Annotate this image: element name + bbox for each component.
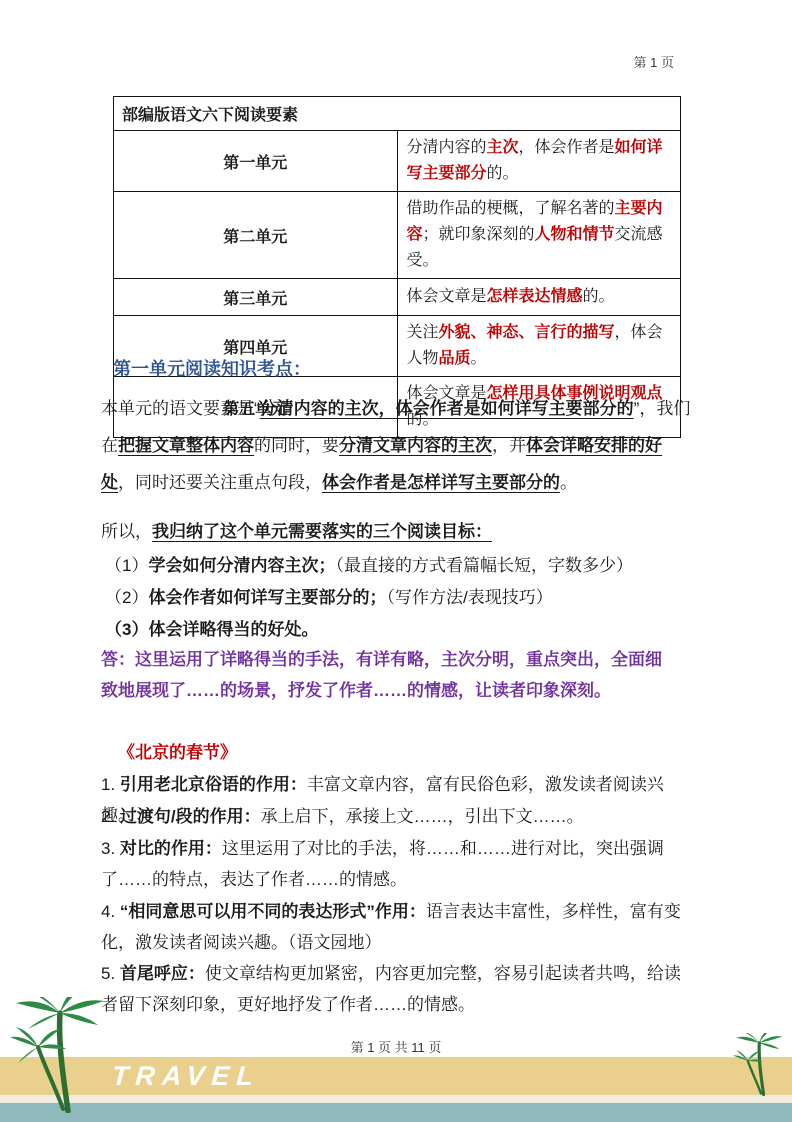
- palm-tree-right-icon: [733, 1033, 791, 1097]
- goal-item-2: （2）体会作者如何详写主要部分的；（写作方法/表现技巧）: [105, 583, 695, 608]
- unit-content: 关注外貌、神态、言行的描写，体会人物品质。: [397, 316, 681, 377]
- table-title: 部编版语文六下阅读要素: [114, 97, 681, 131]
- unit-label: 第二单元: [114, 192, 398, 279]
- table-row: 第一单元 分清内容的主次，体会作者是如何详写主要部分的。: [114, 131, 681, 192]
- lesson-item-4: 4. “相同意思可以用不同的表达形式”作用：语言表达丰富性，多样性，富有变化，激…: [101, 896, 695, 958]
- header-page-number: 第 1 页: [634, 52, 674, 71]
- table-row: 第二单元 借助作品的梗概，了解名著的主要内容；就印象深刻的人物和情节交流感受。: [114, 192, 681, 279]
- lesson-item-3: 3. 对比的作用：这里运用了对比的手法，将……和……进行对比，突出强调了……的特…: [101, 833, 695, 895]
- goal-item-3: （3）体会详略得当的好处。: [105, 615, 695, 640]
- lesson-item-2: 2. 过渡句/段的作用：承上启下，承接上文……，引出下文……。: [101, 801, 695, 832]
- unit-content: 体会文章是怎样表达情感的。: [397, 279, 681, 316]
- section-heading-unit1: 第一单元阅读知识考点：: [113, 355, 311, 381]
- document-page: 第 1 页 部编版语文六下阅读要素 第一单元 分清内容的主次，体会作者是如何详写…: [0, 0, 792, 1122]
- travel-label: TRAVEL: [111, 1061, 261, 1092]
- unit-label: 第三单元: [114, 279, 398, 316]
- unit1-intro-paragraph: 本单元的语文要素是“分清内容的主次，体会作者是如何详写主要部分的”，我们在把握文…: [101, 390, 695, 501]
- unit-content: 借助作品的梗概，了解名著的主要内容；就印象深刻的人物和情节交流感受。: [397, 192, 681, 279]
- lesson-heading-beijing-spring-festival: 《北京的春节》: [118, 738, 237, 763]
- answer-paragraph: 答：这里运用了详略得当的手法，有详有略，主次分明，重点突出，全面细致地展现了………: [101, 644, 677, 706]
- unit-content: 分清内容的主次，体会作者是如何详写主要部分的。: [397, 131, 681, 192]
- goal-item-1: （1）学会如何分清内容主次；（最直接的方式看篇幅长短，字数多少）: [105, 551, 695, 576]
- palm-tree-left-icon: [10, 997, 120, 1113]
- reading-elements-table: 部编版语文六下阅读要素 第一单元 分清内容的主次，体会作者是如何详写主要部分的。…: [113, 96, 681, 438]
- table-row: 第三单元 体会文章是怎样表达情感的。: [114, 279, 681, 316]
- goals-intro-paragraph: 所以，我归纳了这个单元需要落实的三个阅读目标：: [101, 517, 695, 542]
- unit-label: 第一单元: [114, 131, 398, 192]
- lesson-item-5: 5. 首尾呼应：使文章结构更加紧密，内容更加完整，容易引起读者共鸣，给读者留下深…: [101, 958, 695, 1020]
